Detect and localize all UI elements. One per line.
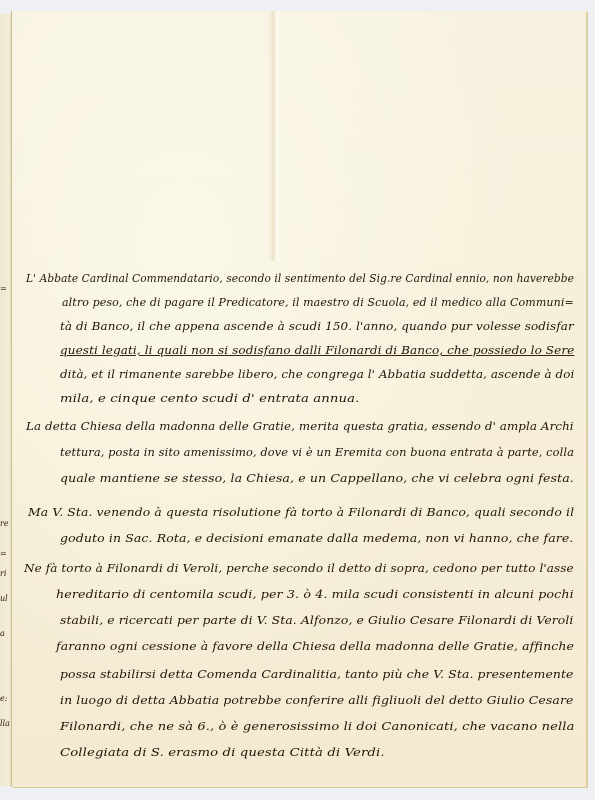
margin-fragment: re	[0, 519, 9, 528]
paragraph-4-line-1: Ne fà torto à Filonardi di Veroli, perch…	[24, 561, 574, 575]
margin-fragment: =	[0, 549, 7, 558]
margin-fragment: a	[0, 629, 5, 638]
paragraph-1-line-4: questi legati, li quali non si sodisfano…	[60, 343, 574, 357]
document-scan: = re = ri ul a e: lla L' Abbate Cardinal…	[0, 0, 595, 800]
paragraph-2-line-3: quale mantiene se stesso, la Chiesa, e u…	[60, 471, 574, 485]
paragraph-1-line-1: L' Abbate Cardinal Commendatario, second…	[26, 271, 574, 285]
paragraph-4-line-4: faranno ogni cessione à favore della Chi…	[56, 639, 574, 653]
paragraph-4-line-7: Filonardi, che ne sà 6., ò è generosissi…	[60, 719, 574, 733]
margin-fragment: ul	[0, 594, 8, 603]
manuscript-page: L' Abbate Cardinal Commendatario, second…	[12, 11, 587, 787]
paragraph-4-line-3: stabili, e ricercati per parte di V. Sta…	[60, 613, 573, 627]
margin-fragment: lla	[0, 719, 10, 728]
paper-fold-crease	[268, 11, 282, 261]
paragraph-1-line-5: dità, et il rimanente sarebbe libero, ch…	[60, 367, 574, 381]
margin-fragment: ri	[0, 569, 6, 578]
paragraph-4-line-2: hereditario di centomila scudi, per 3. ò…	[56, 587, 574, 601]
paragraph-1-line-3: tà di Banco, il che appena ascende à scu…	[60, 319, 574, 333]
paragraph-3-line-2: goduto in Sac. Rota, e decisioni emanate…	[60, 531, 573, 545]
paragraph-1-line-2: altro peso, che di pagare il Predicatore…	[62, 295, 574, 309]
paragraph-1-line-6: mila, e cinque cento scudi d' entrata an…	[60, 391, 360, 405]
paragraph-3-line-1: Ma V. Sta. venendo à questa risolutione …	[28, 505, 574, 519]
paragraph-2-line-2: tettura, posta in sito amenissimo, dove …	[60, 445, 574, 459]
paragraph-4-line-6: in luogo di detta Abbatia potrebbe confe…	[60, 693, 574, 707]
margin-fragment: e:	[0, 694, 7, 703]
margin-fragment: =	[0, 284, 7, 293]
paragraph-2-line-1: La detta Chiesa della madonna delle Grat…	[26, 419, 574, 433]
paragraph-4-line-5: possa stabilirsi detta Comenda Cardinali…	[60, 667, 574, 681]
paragraph-4-line-8: Collegiata di S. erasmo di questa Città …	[60, 745, 385, 759]
